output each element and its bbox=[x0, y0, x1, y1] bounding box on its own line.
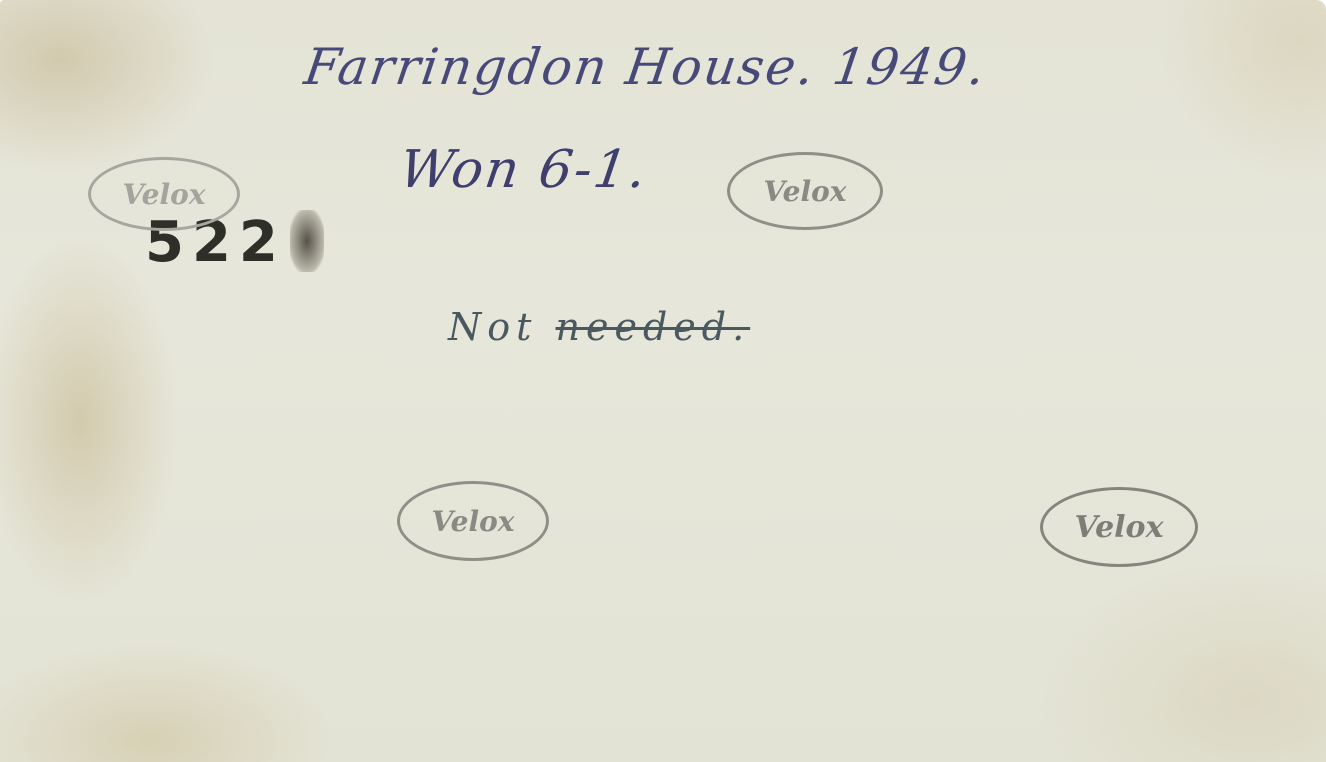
handwritten-reference: Won 6-1. bbox=[396, 140, 652, 200]
note-struck-word: needed. bbox=[556, 305, 751, 349]
handwritten-note: Not needed. bbox=[448, 305, 750, 349]
ink-smudge bbox=[290, 210, 324, 272]
velox-stamp: Velox bbox=[88, 157, 240, 231]
photo-back-card: Farringdon House. 1949. Won 6-1. Not nee… bbox=[0, 0, 1326, 762]
note-prefix: Not bbox=[448, 305, 537, 349]
velox-stamp: Velox bbox=[397, 481, 549, 561]
handwritten-title: Farringdon House. 1949. bbox=[301, 38, 991, 96]
velox-stamp: Velox bbox=[1040, 487, 1198, 567]
velox-stamp: Velox bbox=[727, 152, 883, 230]
